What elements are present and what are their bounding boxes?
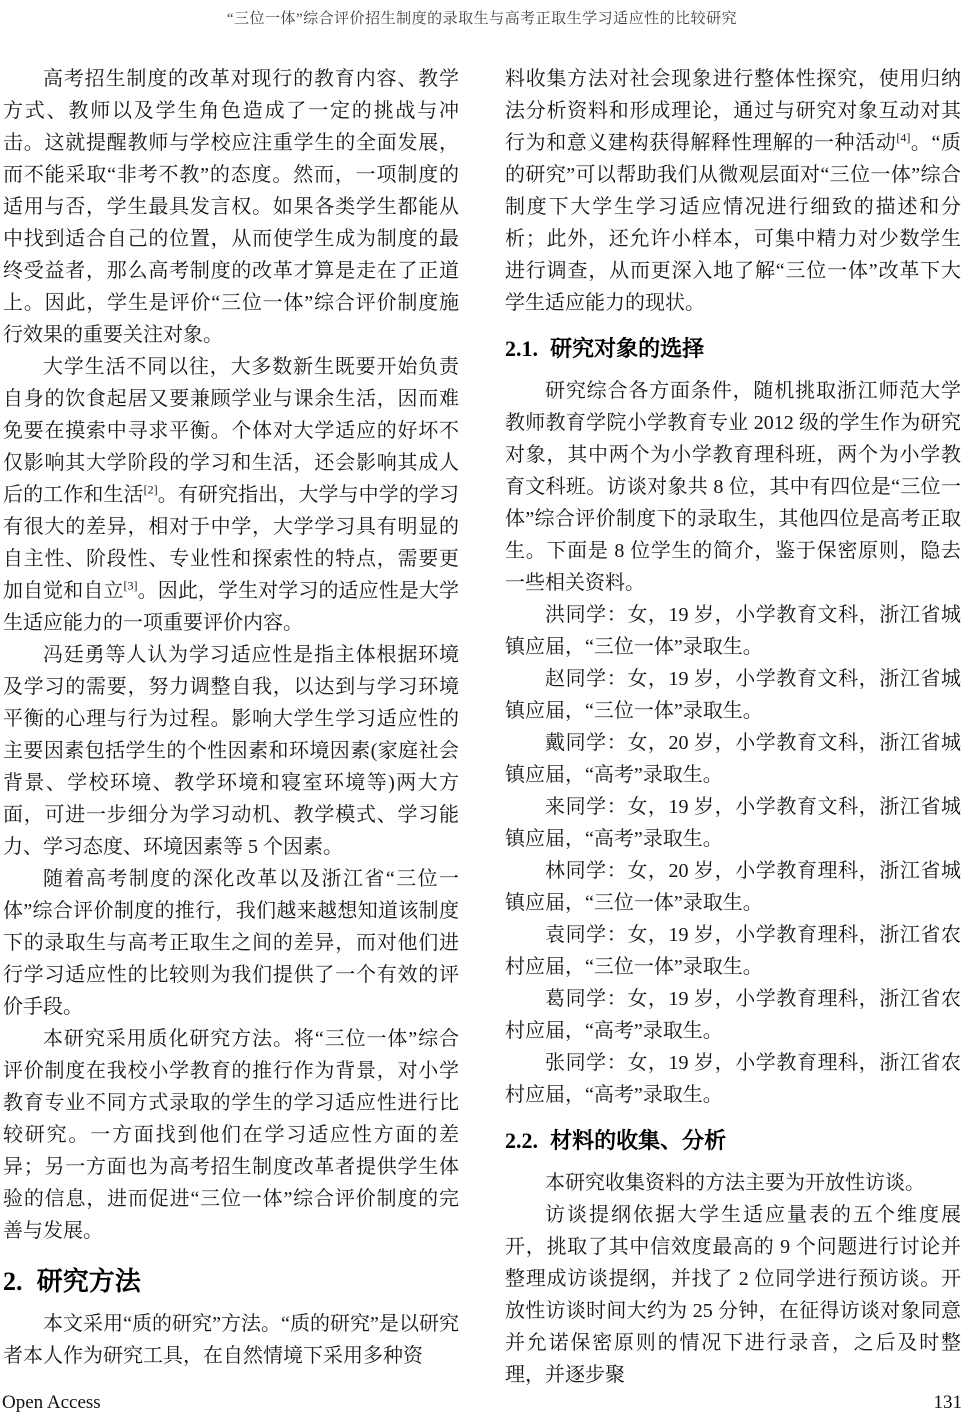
paragraph: 研究综合各方面条件，随机挑取浙江师范大学教师教育学院小学教育专业 2012 级的… xyxy=(505,375,961,599)
paragraph: 葛同学：女，19 岁，小学教育理科，浙江省农村应届，“高考”录取生。 xyxy=(505,983,961,1047)
heading-title: 研究方法 xyxy=(37,1266,141,1296)
citation-ref: [3] xyxy=(124,578,138,592)
paragraph: 洪同学：女，19 岁，小学教育文科，浙江省城镇应届，“三位一体”录取生。 xyxy=(505,599,961,663)
citation-ref: [2] xyxy=(144,482,158,496)
paragraph: 访谈提纲依据大学生适应量表的五个维度展开，挑取了其中信效度最高的 9 个问题进行… xyxy=(505,1199,961,1391)
paragraph: 来同学：女，19 岁，小学教育文科，浙江省城镇应届，“高考”录取生。 xyxy=(505,791,961,855)
page-number: 131 xyxy=(934,1393,963,1413)
left-column: 高考招生制度的改革对现行的教育内容、教学方式、教师以及学生角色造成了一定的挑战与… xyxy=(3,63,459,1391)
paragraph: 袁同学：女，19 岁，小学教育理科，浙江省农村应届，“三位一体”录取生。 xyxy=(505,919,961,983)
paragraph: 高考招生制度的改革对现行的教育内容、教学方式、教师以及学生角色造成了一定的挑战与… xyxy=(3,63,459,351)
paragraph: 张同学：女，19 岁，小学教育理科，浙江省农村应届，“高考”录取生。 xyxy=(505,1047,961,1111)
heading-number: 2. xyxy=(3,1267,23,1296)
paragraph: 戴同学：女，20 岁，小学教育文科，浙江省城镇应届，“高考”录取生。 xyxy=(505,727,961,791)
subsection-heading: 2.2.材料的收集、分析 xyxy=(505,1124,961,1155)
section-heading: 2.研究方法 xyxy=(3,1261,459,1298)
paragraph: 赵同学：女，19 岁，小学教育文科，浙江省城镇应届，“三位一体”录取生。 xyxy=(505,663,961,727)
paragraph: 料收集方法对社会现象进行整体性探究，使用归纳法分析资料和形成理论，通过与研究对象… xyxy=(505,63,961,319)
paragraph: 本文采用“质的研究”方法。“质的研究”是以研究者本人作为研究工具，在自然情境下采… xyxy=(3,1308,459,1372)
paragraph: 冯廷勇等人认为学习适应性是指主体根据环境及学习的需要，努力调整自我，以达到与学习… xyxy=(3,639,459,863)
paper-running-title: “三位一体”综合评价招生制度的录取生与高考正取生学习适应性的比较研究 xyxy=(0,7,964,28)
subsection-heading: 2.1.研究对象的选择 xyxy=(505,332,961,363)
citation-ref: [4] xyxy=(896,130,910,144)
paragraph: 林同学：女，20 岁，小学教育理科，浙江省城镇应届，“三位一体”录取生。 xyxy=(505,855,961,919)
open-access-label: Open Access xyxy=(2,1393,101,1413)
page-footer: Open Access 131 xyxy=(0,1393,964,1414)
paragraph: 随着高考制度的深化改革以及浙江省“三位一体”综合评价制度的推行，我们越来越想知道… xyxy=(3,863,459,1023)
heading-title: 研究对象的选择 xyxy=(550,336,704,361)
paragraph: 本研究采用质化研究方法。将“三位一体”综合评价制度在我校小学教育的推行作为背景，… xyxy=(3,1023,459,1247)
paragraph: 本研究收集资料的方法主要为开放性访谈。 xyxy=(505,1167,961,1199)
page-body: 高考招生制度的改革对现行的教育内容、教学方式、教师以及学生角色造成了一定的挑战与… xyxy=(0,63,964,1391)
heading-number: 2.1. xyxy=(505,336,538,361)
paragraph: 大学生活不同以往，大多数新生既要开始负责自身的饮食起居又要兼顾学业与课余生活，因… xyxy=(3,351,459,639)
heading-title: 材料的收集、分析 xyxy=(550,1128,726,1153)
right-column: 料收集方法对社会现象进行整体性探究，使用归纳法分析资料和形成理论，通过与研究对象… xyxy=(505,63,961,1391)
heading-number: 2.2. xyxy=(505,1128,538,1153)
